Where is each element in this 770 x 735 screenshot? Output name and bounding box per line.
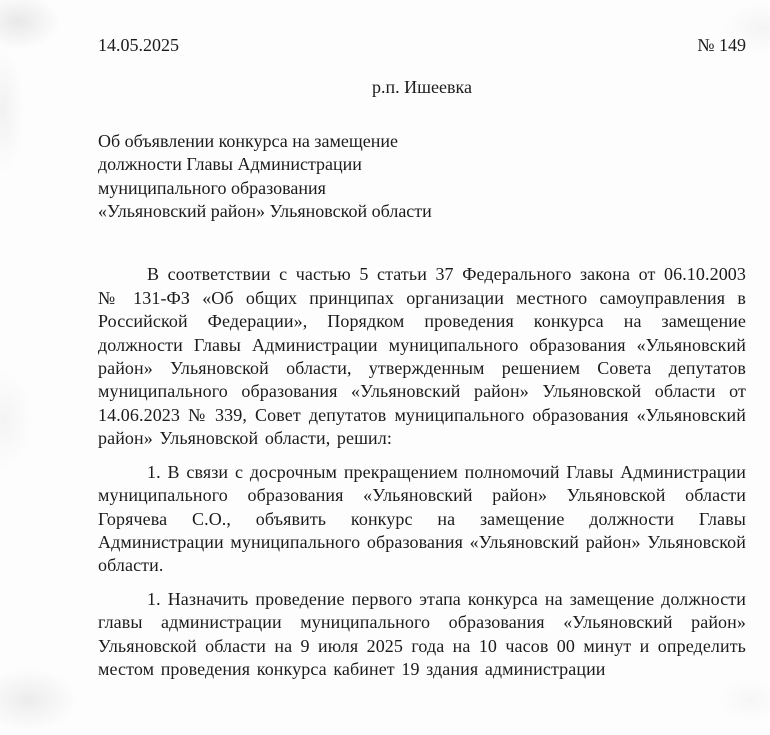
body-paragraph-1: В соответствии с частью 5 статьи 37 Феде… [98,263,746,450]
document-body: В соответствии с частью 5 статьи 37 Феде… [98,263,746,681]
title-line-1: Об объявлении конкурса на замещение [98,130,746,153]
document-page: 14.05.2025 № 149 р.п. Ишеевка Об объявле… [0,0,770,735]
document-header: 14.05.2025 № 149 [98,34,746,57]
title-line-3: муниципального образования [98,177,746,200]
document-place: р.п. Ишеевка [98,76,746,99]
body-paragraph-3: 1. Назначить проведение первого этапа ко… [98,588,746,682]
document-number: № 149 [697,34,746,57]
title-line-4: «Ульяновский район» Ульяновской области [98,200,746,223]
title-line-2: должности Главы Администрации [98,153,746,176]
document-title: Об объявлении конкурса на замещение долж… [98,130,746,224]
document-date: 14.05.2025 [98,34,179,57]
body-paragraph-2: 1. В связи с досрочным прекращением полн… [98,461,746,578]
